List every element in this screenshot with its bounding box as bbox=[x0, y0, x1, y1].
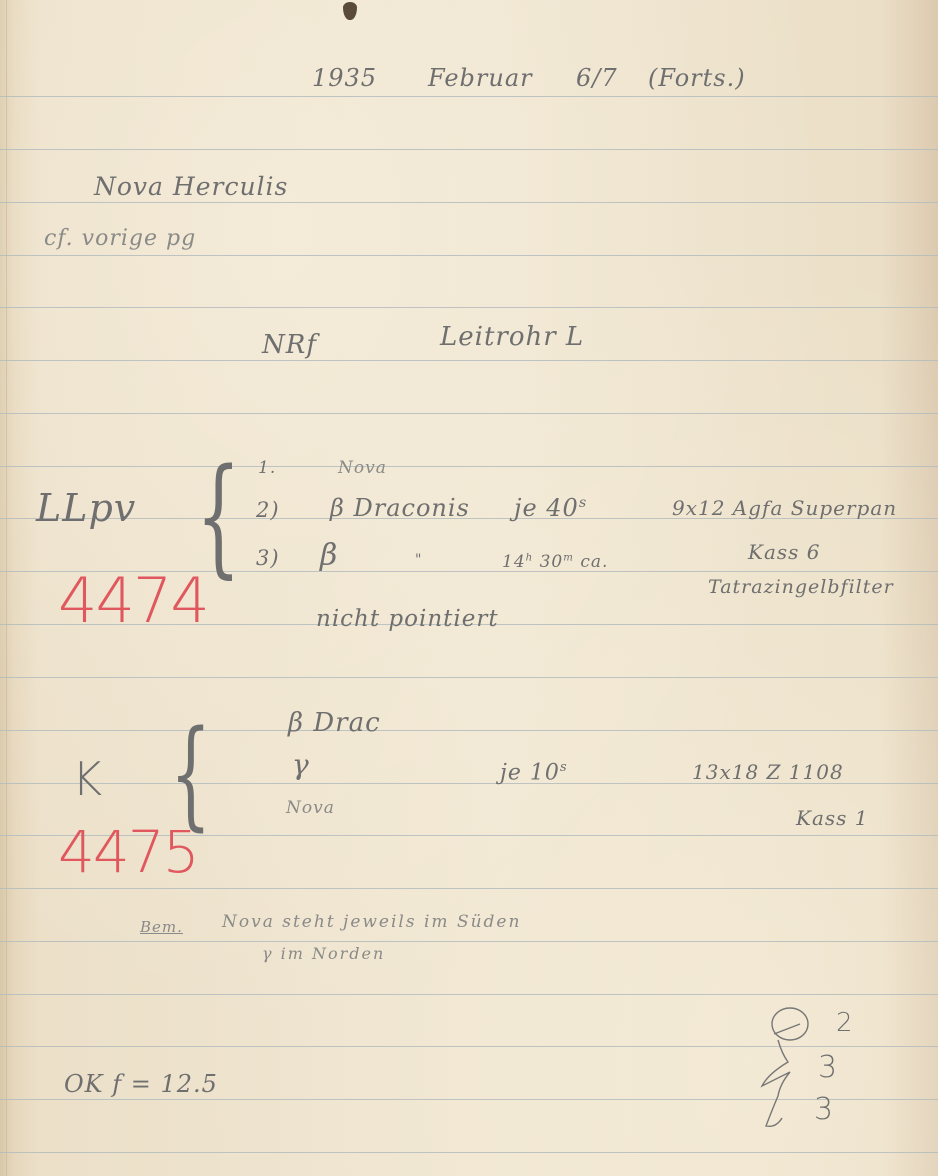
item-index: 1. bbox=[258, 458, 276, 478]
notebook-page: 1935 Februar 6/7 (Forts.) Nova Herculis … bbox=[0, 0, 938, 1176]
remark-line1: Nova steht jeweils im Süden bbox=[222, 912, 521, 932]
plate-number: 4474 bbox=[58, 564, 208, 637]
item-exposure: je 40s bbox=[514, 494, 587, 522]
header-days: 6/7 bbox=[576, 64, 618, 92]
object-name: Nova Herculis bbox=[94, 172, 288, 201]
item-exposure: 14h 30m ca. bbox=[502, 552, 608, 572]
item-target: β Drac bbox=[288, 708, 381, 738]
item-target: β bbox=[320, 538, 338, 573]
remark-label: Bem. bbox=[140, 918, 183, 936]
entry-label: LLpv bbox=[36, 486, 136, 530]
object-reference: cf. vorige pg bbox=[44, 226, 196, 251]
plate-info: 13x18 Z 1108 bbox=[692, 760, 844, 784]
plate-info: 9x12 Agfa Superpan bbox=[672, 496, 897, 520]
tally-value: 2 bbox=[836, 1008, 854, 1038]
remark-line2: γ im Norden bbox=[262, 944, 385, 963]
item-target: Nova bbox=[286, 798, 335, 818]
item-target: γ bbox=[292, 748, 310, 781]
item-target: Nova bbox=[338, 458, 387, 478]
punch-hole bbox=[343, 2, 357, 20]
plate-info: Tatrazingelbfilter bbox=[708, 576, 894, 598]
page-edge-line bbox=[6, 0, 7, 1176]
brace-icon: { bbox=[170, 704, 211, 842]
header-year: 1935 bbox=[312, 64, 377, 92]
item-index: 2) bbox=[256, 498, 280, 522]
focal-length-note: OK f = 12.5 bbox=[64, 1070, 218, 1098]
ornament-symbols-icon bbox=[760, 1002, 820, 1132]
brace-icon: { bbox=[196, 442, 241, 591]
item-index: 3) bbox=[256, 546, 280, 570]
plate-info: Kass 6 bbox=[748, 540, 820, 564]
tally-value: 3 bbox=[814, 1092, 834, 1127]
heading-nrf: NRf bbox=[262, 330, 317, 360]
item-exposure: je 10s bbox=[500, 760, 568, 785]
header-note: (Forts.) bbox=[648, 64, 746, 92]
entry-label: K bbox=[72, 752, 103, 806]
item-target: β Draconis bbox=[330, 494, 470, 522]
heading-leitrohr: Leitrohr L bbox=[440, 322, 584, 352]
ditto-mark: " bbox=[415, 552, 422, 568]
tally-value: 3 bbox=[818, 1050, 838, 1085]
header-month: Februar bbox=[428, 64, 533, 92]
entry-note: nicht pointiert bbox=[316, 606, 499, 632]
plate-info: Kass 1 bbox=[796, 806, 868, 830]
